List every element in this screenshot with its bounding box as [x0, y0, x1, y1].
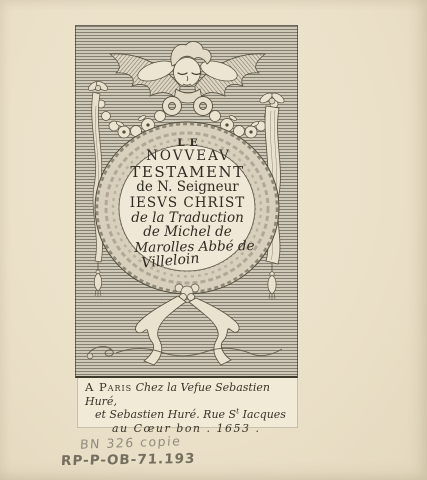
ribbon-bottom-left: [136, 296, 186, 365]
annotation-inventory-number: RP-P-OB-71.193: [61, 451, 196, 469]
imprint-line-3: au Cœur bon . 1653 .: [112, 422, 297, 436]
annotation-collection-note: BN 326 copie: [80, 433, 182, 452]
title-line-6: de la Traduction: [76, 211, 299, 226]
title-line-2: NOVVEAV: [76, 149, 299, 164]
imprint-line-2: et Sebastien Huré. Rue St Iacques: [95, 408, 297, 422]
title-line-7: de Michel de: [76, 225, 299, 240]
cherub-wing-left: [110, 54, 180, 102]
tassel-right: [268, 264, 276, 300]
imprint-line-1: A Paris Chez la Vefue Sebastien Huré,: [85, 381, 297, 408]
imprint-line-2-pre: et Sebastien Huré. Rue S: [95, 408, 236, 421]
title-line-4: de N. Seigneur: [76, 180, 299, 196]
ribbon-bottom-right: [189, 298, 239, 365]
engraving-plate: LE NOVVEAV TESTAMENT de N. Seigneur IESV…: [75, 25, 298, 378]
imprint-city: A Paris: [85, 380, 132, 394]
imprint-line-2-post: Iacques: [239, 408, 286, 421]
title-line-5: IESVS CHRIST: [76, 196, 299, 211]
ribbon-bow-left: [87, 80, 109, 93]
title-line-3: TESTAMENT: [76, 164, 299, 180]
ground-squiggle: [87, 347, 282, 359]
ribbon-bow-right: [258, 91, 285, 105]
title-cartouche: LE NOVVEAV TESTAMENT de N. Seigneur IESV…: [76, 137, 299, 269]
imprint-block: A Paris Chez la Vefue Sebastien Huré, et…: [77, 378, 298, 428]
scanned-print-page: LE NOVVEAV TESTAMENT de N. Seigneur IESV…: [0, 0, 427, 480]
